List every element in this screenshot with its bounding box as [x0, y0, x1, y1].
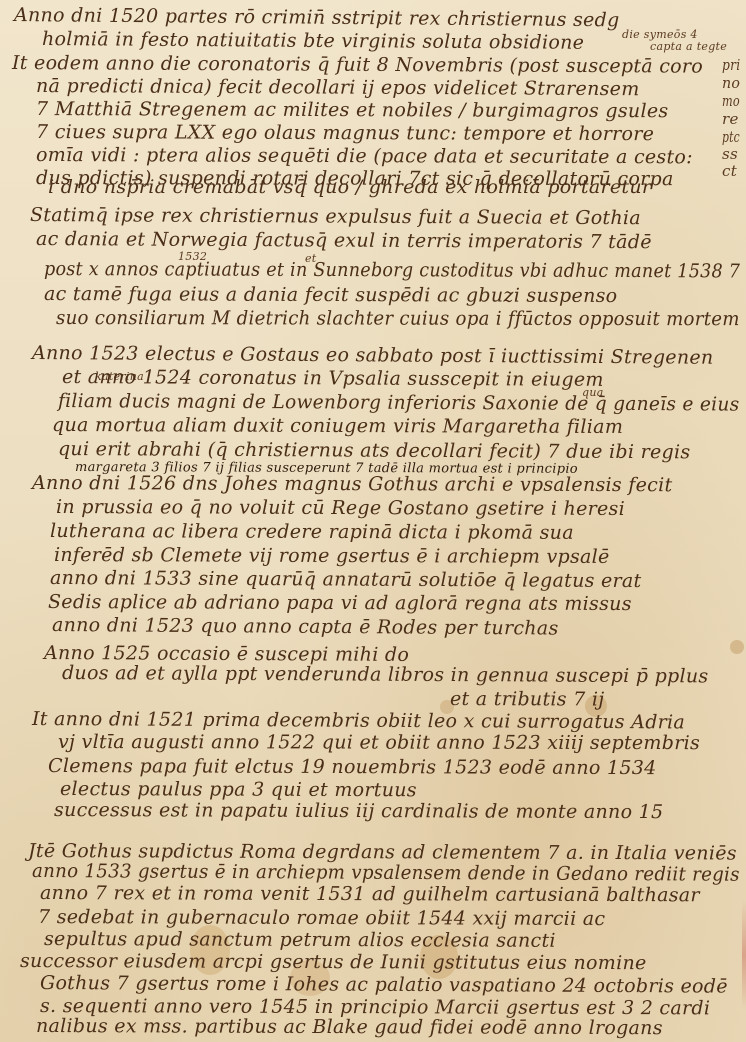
- text-line: 7 Matthiā Stregenem ac milites et nobile…: [36, 98, 669, 122]
- margin-note: re: [722, 110, 739, 128]
- text-line: It anno dni 1521 prima decembris obiit l…: [32, 708, 685, 733]
- text-line: anno dni 1523 quo anno capta ē Rodes per…: [52, 614, 559, 640]
- text-line: suo consiliarum M dietrich slachter cuiu…: [56, 307, 740, 330]
- text-line: ac dania et Norwegia factusq̄ exul in te…: [36, 228, 652, 253]
- text-line: omīa vidi : ptera alios sequēti die (pac…: [36, 144, 693, 168]
- text-line: Clemens papa fuit elctus 19 nouembris 15…: [48, 755, 657, 779]
- text-line: It eodem anno die coronatoris q̄ fuit 8 …: [12, 52, 703, 78]
- text-line: vj vltīa augusti anno 1522 qui et obiit …: [58, 731, 700, 754]
- text-line: anno 7 rex et in roma venit 1531 ad guil…: [40, 882, 700, 906]
- text-line: et anno 1524 coronatus in Vpsalia sussce…: [62, 366, 604, 391]
- margin-note: no: [722, 74, 740, 92]
- margin-note: mo: [722, 92, 740, 110]
- text-line: nā predicti dnica) fecit decollari ij ep…: [36, 75, 640, 100]
- margin-note: ss: [722, 145, 738, 163]
- text-line: 7 ciues supra LXX ego olaus magnus tunc:…: [36, 121, 654, 145]
- text-line: Anno 1523 electus e Gostaus eo sabbato p…: [32, 342, 714, 369]
- text-line: 7 sedebat in gubernaculo romae obiit 154…: [38, 906, 605, 930]
- text-line: holmiā in festo natiuitatis bte virginis…: [42, 28, 584, 54]
- text-line: Anno dni 1526 dns Johes magnus Gothus ar…: [32, 472, 673, 496]
- text-line: sepultus apud sanctum petrum alios eccle…: [44, 928, 556, 952]
- text-line: electus paulus ppa 3 qui et mortuus: [60, 778, 417, 801]
- text-line: anno dni 1533 sine quarūq̄ annatarū solu…: [50, 567, 642, 592]
- text-line: i dno nsp̄ria cremabāt vsq̄ quo / ghreda…: [48, 176, 651, 198]
- text-line: inferēd sb Clemete vij rome gsertus ē i …: [54, 544, 610, 568]
- text-line: post x annos captiuatus et in Sunneborg …: [44, 258, 740, 282]
- margin-note: pri: [722, 56, 740, 74]
- edge-stain: [742, 900, 746, 1010]
- margin-note: capta a tegte: [650, 40, 727, 53]
- manuscript-page: Anno dni 1520 partes rō crimin̄ sstripit…: [0, 0, 746, 1042]
- text-line: duos ad et aylla ppt venderunda libros i…: [62, 662, 709, 687]
- text-line: qua mortua aliam duxit coniugem viris Ma…: [52, 414, 623, 438]
- text-line: successor eiusdem arcpi gsertus de Iunii…: [20, 950, 647, 974]
- text-line: successus est in papatu iulius iij cardi…: [54, 799, 664, 823]
- text-line: nalibus ex mss. partibus ac Blake gaud f…: [36, 1015, 663, 1039]
- stain: [730, 640, 744, 654]
- text-line: filiam ducis magni de Lowenborg inferior…: [58, 390, 740, 416]
- margin-note: ptc: [722, 128, 740, 146]
- text-line: lutherana ac libera credere rapinā dicta…: [50, 520, 574, 544]
- text-line: Sedis aplice ab adriano papa vi ad aglor…: [48, 591, 632, 615]
- margin-note: ct: [722, 162, 737, 180]
- text-line: Statimq̄ ipse rex christiernus expulsus …: [30, 204, 641, 229]
- text-line: ac tamē fuga eius a dania fecit suspēdi …: [44, 283, 617, 307]
- text-line: Anno dni 1520 partes rō crimin̄ sstripit…: [14, 4, 620, 31]
- text-line: Gothus 7 gsertus rome i Iohes ac palatio…: [40, 972, 728, 998]
- text-line: in prussia eo q̄ no voluit cū Rege Gosta…: [56, 496, 625, 520]
- text-line: et a tributis 7 ij: [450, 688, 605, 711]
